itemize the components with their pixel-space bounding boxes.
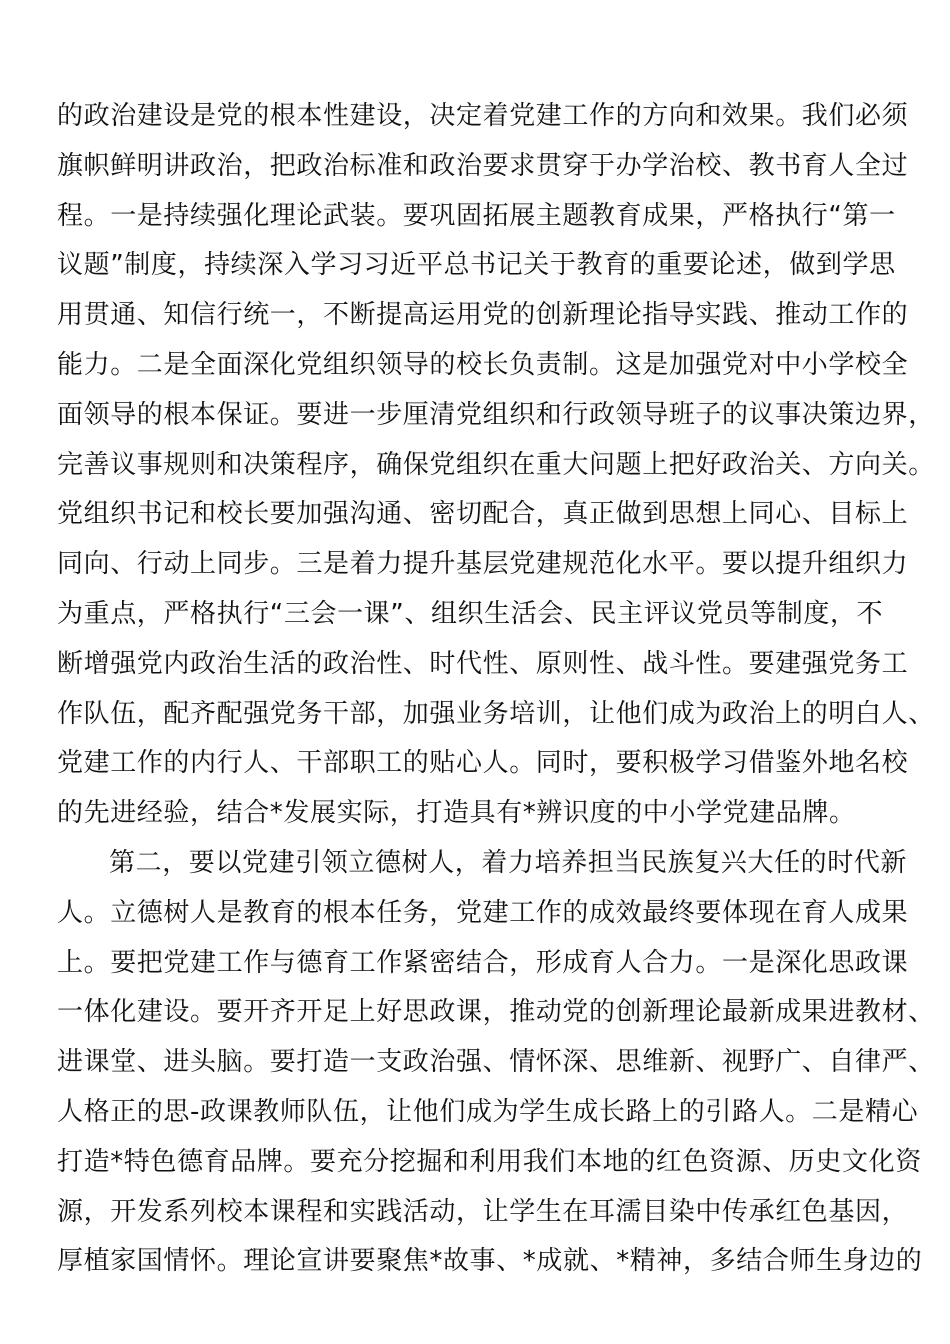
paragraph-2: 第二，要以党建引领立德树人，着力培养担当民族复兴大任的时代新 人。立德树人是教育…: [57, 839, 893, 1287]
text-line: 旗帜鲜明讲政治，把政治标准和政治要求贯穿于办学治校、教书育人全过: [57, 142, 893, 192]
text-line: 议题”制度，持续深入学习习近平总书记关于教育的重要论述，做到学思: [57, 241, 893, 291]
text-line: 人格正的思-政课教师队伍，让他们成为学生成长路上的引路人。二是精心: [57, 1088, 893, 1138]
text-line: 党组织书记和校长要加强沟通、密切配合，真正做到思想上同心、目标上: [57, 490, 893, 540]
text-line: 上。要把党建工作与德育工作紧密结合，形成育人合力。一是深化思政课: [57, 939, 893, 989]
text-line: 同向、行动上同步。三是着力提升基层党建规范化水平。要以提升组织力: [57, 540, 893, 590]
text-line: 作队伍，配齐配强党务干部，加强业务培训，让他们成为政治上的明白人、: [57, 690, 893, 740]
text-line: 面领导的根本保证。要进一步厘清党组织和行政领导班子的议事决策边界，: [57, 391, 893, 441]
text-line: 进课堂、进头脑。要打造一支政治强、情怀深、思维新、视野广、自律严、: [57, 1038, 893, 1088]
text-line: 厚植家国情怀。理论宣讲要聚焦*故事、*成就、*精神，多结合师生身边的: [57, 1237, 893, 1287]
paragraph-1: 的政治建设是党的根本性建设，决定着党建工作的方向和效果。我们必须 旗帜鲜明讲政治…: [57, 92, 893, 839]
text-line: 用贯通、知信行统一，不断提高运用党的创新理论指导实践、推动工作的: [57, 291, 893, 341]
text-line: 一体化建设。要开齐开足上好思政课，推动党的创新理论最新成果进教材、: [57, 988, 893, 1038]
text-line: 的先进经验，结合*发展实际，打造具有*辨识度的中小学党建品牌。: [57, 789, 893, 839]
text-line: 打造*特色德育品牌。要充分挖掘和利用我们本地的红色资源、历史文化资: [57, 1138, 893, 1188]
text-line: 完善议事规则和决策程序，确保党组织在重大问题上把好政治关、方向关。: [57, 441, 893, 491]
text-line: 党建工作的内行人、干部职工的贴心人。同时，要积极学习借鉴外地名校: [57, 739, 893, 789]
text-line: 程。一是持续强化理论武装。要巩固拓展主题教育成果，严格执行“第一: [57, 192, 893, 242]
text-line: 源，开发系列校本课程和实践活动，让学生在耳濡目染中传承红色基因，: [57, 1188, 893, 1238]
text-line: 人。立德树人是教育的根本任务，党建工作的成效最终要体现在育人成果: [57, 889, 893, 939]
text-line: 的政治建设是党的根本性建设，决定着党建工作的方向和效果。我们必须: [57, 92, 893, 142]
document-page: 的政治建设是党的根本性建设，决定着党建工作的方向和效果。我们必须 旗帜鲜明讲政治…: [57, 92, 893, 1287]
text-line: 为重点，严格执行“三会一课”、组织生活会、民主评议党员等制度，不: [57, 590, 893, 640]
text-line-indented: 第二，要以党建引领立德树人，着力培养担当民族复兴大任的时代新: [57, 839, 893, 889]
text-line: 断增强党内政治生活的政治性、时代性、原则性、战斗性。要建强党务工: [57, 640, 893, 690]
text-line: 能力。二是全面深化党组织领导的校长负责制。这是加强党对中小学校全: [57, 341, 893, 391]
